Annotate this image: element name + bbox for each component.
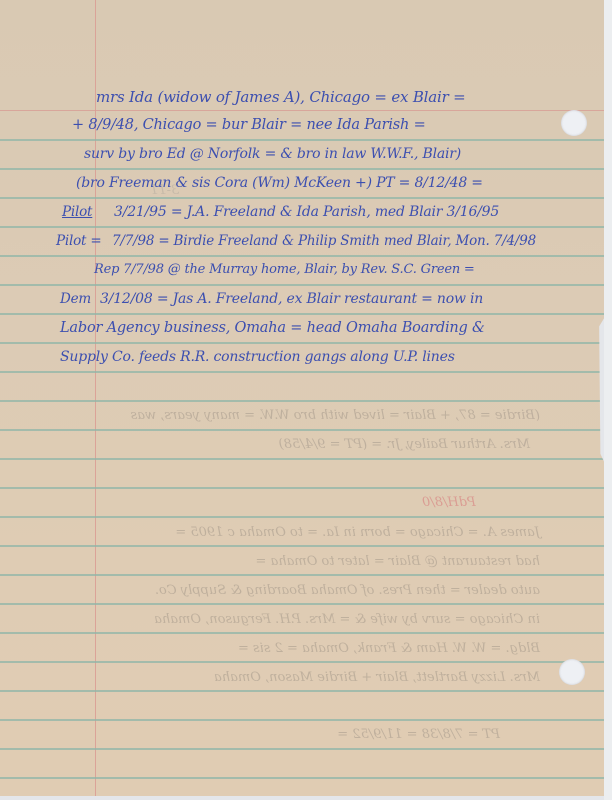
rule-line [0, 603, 604, 605]
bleed-through-margin: 3-11 [150, 183, 179, 198]
handwritten-line: Labor Agency business, Omaha = head Omah… [60, 320, 485, 336]
rule-line [0, 545, 604, 547]
notebook-page: mrs Ida (widow of James A), Chicago = ex… [0, 0, 604, 796]
bleed-through-line: auto dealer = then Pres. of Omaha Boardi… [120, 583, 540, 598]
rule-line [0, 371, 604, 373]
punch-hole [559, 659, 585, 685]
rule-line [0, 429, 604, 431]
scan-background-edge [604, 0, 612, 800]
rule-line [0, 284, 604, 286]
bleed-through-line: Mrs. Lizzy Bartlett, Blair + Birdie Maso… [110, 670, 540, 685]
rule-line [0, 168, 604, 170]
margin-label-pilot: Pilot [62, 204, 92, 220]
rule-line [0, 632, 604, 634]
punch-hole [561, 110, 587, 136]
handwritten-line: (bro Freeman & sis Cora (Wm) McKeen +) P… [76, 175, 483, 191]
rule-line [0, 719, 604, 721]
handwritten-line: surv by bro Ed @ Norfolk = & bro in law … [84, 146, 461, 162]
rule-line [0, 777, 604, 779]
rule-line [0, 574, 604, 576]
top-red-line [0, 110, 604, 111]
rule-line [0, 139, 604, 141]
rule-line [0, 342, 604, 344]
rule-line [0, 748, 604, 750]
bleed-through-line: in Chicago = surv by wife & = Mrs. P.H. … [120, 612, 540, 627]
handwritten-line: mrs Ida (widow of James A), Chicago = ex… [96, 88, 466, 106]
rule-line [0, 313, 604, 315]
handwritten-line: Supply Co. feeds R.R. construction gangs… [60, 349, 455, 365]
bleed-through-line: (Birdie = 87, + Blair = lived with bro W… [120, 408, 540, 423]
handwritten-line: + 8/9/48, Chicago = bur Blair = nee Ida … [72, 117, 426, 133]
rule-line [0, 487, 604, 489]
handwritten-line: Rep 7/7/98 @ the Murray home, Blair, by … [94, 262, 475, 277]
margin-label-pilot-2: Pilot = [56, 233, 101, 249]
rule-line [0, 400, 604, 402]
rule-line [0, 255, 604, 257]
handwritten-line: 3/12/08 = Jas A. Freeland, ex Blair rest… [100, 291, 483, 307]
margin-label-dem: Dem [60, 291, 91, 307]
rule-line [0, 516, 604, 518]
handwritten-line: 3/21/95 = J.A. Freeland & Ida Parish, me… [114, 204, 499, 220]
rule-line [0, 690, 604, 692]
rule-line [0, 197, 604, 199]
rule-line [0, 661, 604, 663]
red-bleed-through: PdH/8/0 [422, 495, 476, 510]
bleed-through-line: Mrs. Arthur Bailey, Jr. = (PT = 9/4/58) [210, 437, 530, 452]
rule-line [0, 458, 604, 460]
bleed-through-line: had restaurant @ Blair = later to Omaha … [120, 554, 540, 569]
bleed-through-line: Bldg. = W. W. Ham & Frank, Omaha = 2 sis… [120, 641, 540, 656]
bleed-through-line: James A. = Chicago = born in Ia. = to Om… [120, 525, 540, 540]
bleed-through-line: PT = 7/8/38 = 11/9/52 = [270, 727, 500, 742]
rule-line [0, 226, 604, 228]
handwritten-line: 7/7/98 = Birdie Freeland & Philip Smith … [112, 233, 536, 249]
